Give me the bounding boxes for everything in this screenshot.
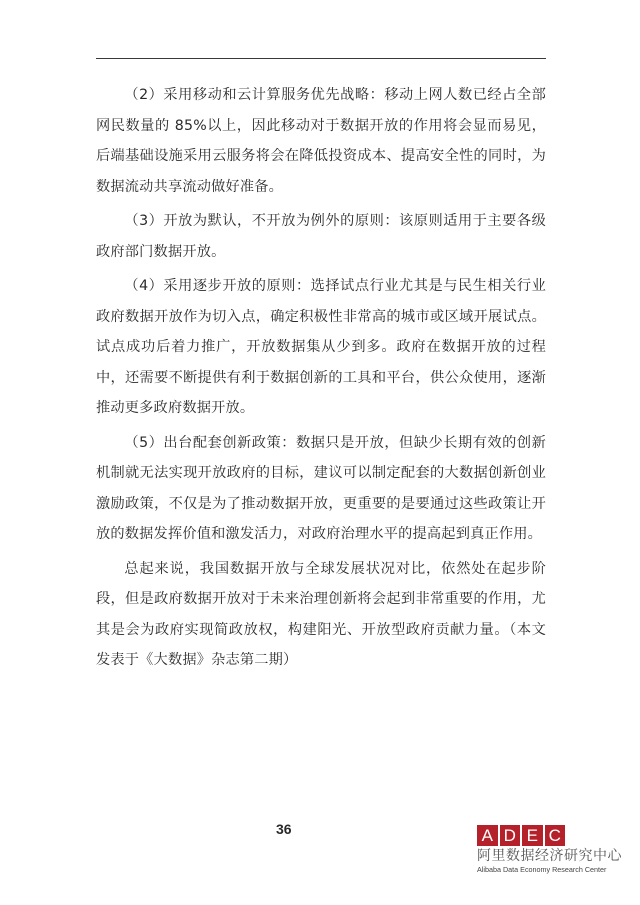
paragraph-innovation-policy: （5）出台配套创新政策：数据只是开放，但缺少长期有效的创新机制就无法实现开放政府…: [96, 428, 546, 550]
body-text: （2）采用移动和云计算服务优先战略：移动上网人数已经占全部网民数量的 85%以上…: [96, 80, 546, 676]
paragraph-gradual-opening: （4）采用逐步开放的原则：选择试点行业尤其是与民生相关行业政府数据开放作为切入点…: [96, 271, 546, 424]
logo-letter-a: A: [477, 825, 498, 846]
adec-logo: A D E C 阿里数据经济研究中心 Alibaba Data Economy …: [477, 825, 627, 874]
logo-letter-c: C: [545, 825, 566, 846]
logo-chinese-name: 阿里数据经济研究中心: [477, 848, 627, 864]
logo-english-name: Alibaba Data Economy Research Center: [477, 865, 627, 874]
logo-letter-boxes: A D E C: [477, 825, 627, 846]
page-number: 36: [276, 821, 292, 837]
logo-letter-e: E: [522, 825, 543, 846]
logo-letter-d: D: [500, 825, 521, 846]
paragraph-conclusion: 总起来说，我国数据开放与全球发展状况对比，依然处在起步阶段，但是政府数据开放对于…: [96, 554, 546, 676]
paragraph-open-by-default: （3）开放为默认，不开放为例外的原则：该原则适用于主要各级政府部门数据开放。: [96, 206, 546, 267]
header-rule: [96, 58, 546, 59]
document-page: （2）采用移动和云计算服务优先战略：移动上网人数已经占全部网民数量的 85%以上…: [0, 0, 640, 905]
paragraph-strategy-mobile-cloud: （2）采用移动和云计算服务优先战略：移动上网人数已经占全部网民数量的 85%以上…: [96, 80, 546, 202]
